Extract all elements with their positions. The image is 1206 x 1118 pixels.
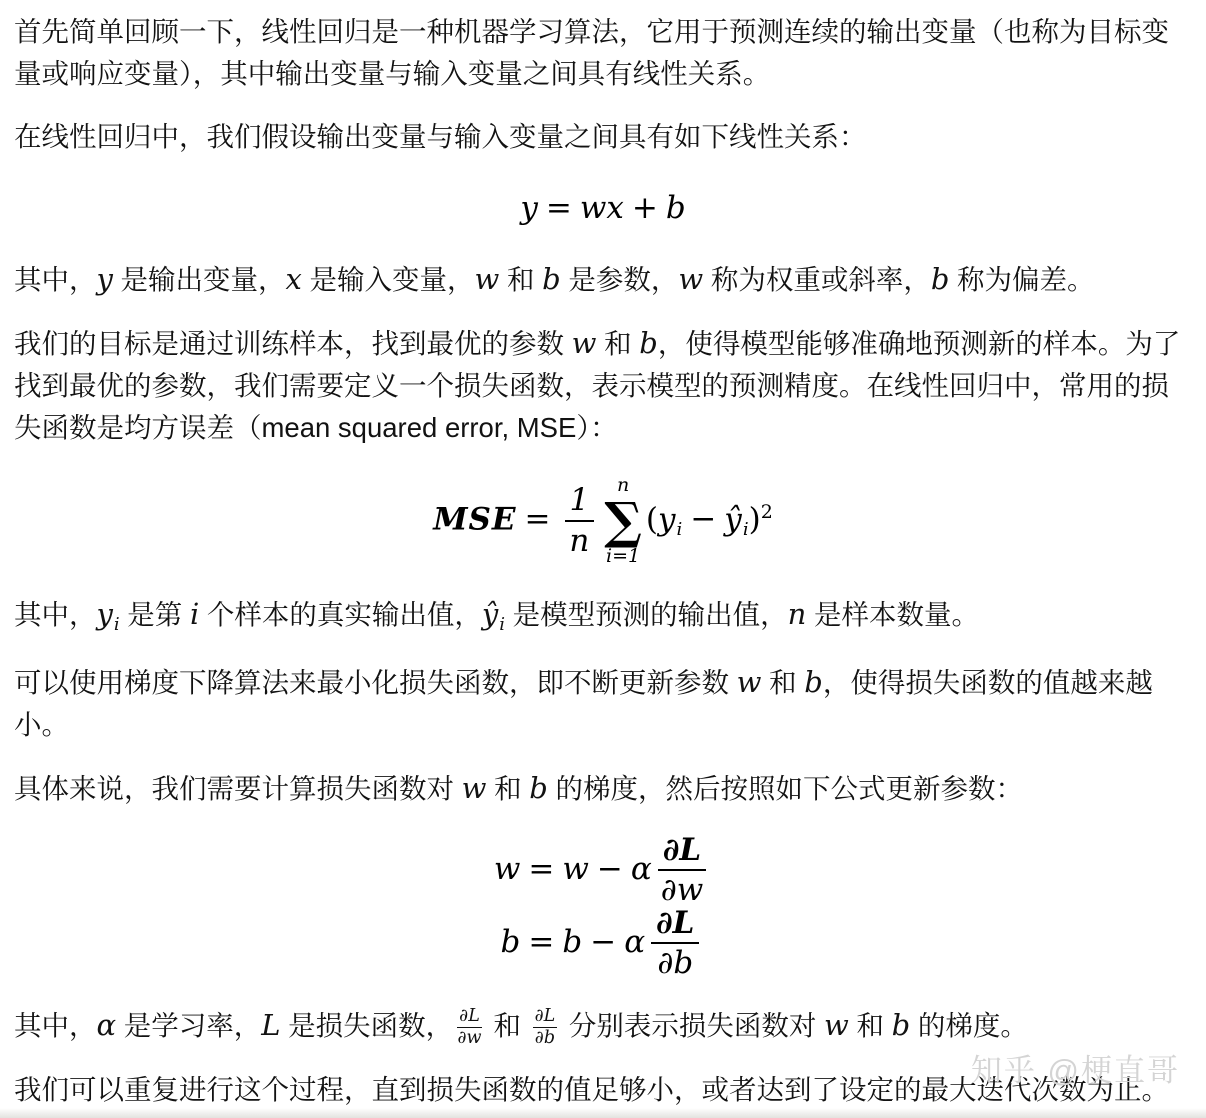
paragraph-update-rule-intro: 具体来说，我们需要计算损失函数对 w 和 b 的梯度，然后按照如下公式更新参数：	[14, 767, 1192, 810]
paragraph-variable-definitions: 其中，y 是输出变量，x 是输入变量，w 和 b 是参数，w 称为权重或斜率，b…	[14, 258, 1192, 301]
fraction-numerator: ∂L	[658, 834, 706, 872]
math-var-b: b	[639, 326, 658, 360]
open-paren: (	[646, 501, 658, 537]
text-segment: 是输出变量，	[113, 264, 286, 295]
math-var-w: w	[678, 262, 703, 296]
math-var-y: y	[520, 190, 538, 226]
text-segment: 和	[849, 1010, 892, 1041]
article-body: 首先简单回顾一下，线性回归是一种机器学习算法，它用于预测连续的输出变量（也称为目…	[0, 0, 1206, 1111]
text-segment: 和	[596, 328, 639, 359]
math-var-w: w	[462, 771, 487, 805]
sum-lower-limit: i=1	[606, 546, 640, 567]
fraction-numerator: ∂L	[533, 1007, 558, 1028]
text-segment: 是输入变量，	[302, 264, 475, 295]
text-segment: 可以使用梯度下降算法来最小化损失函数，即不断更新参数	[14, 667, 737, 698]
text-segment: 称为偏差。	[949, 264, 1094, 295]
formula-linear-model: y=wx+b	[14, 184, 1192, 232]
minus-sign: −	[589, 851, 631, 887]
subscript-i: i	[743, 519, 749, 540]
math-var-b: b	[892, 1008, 911, 1042]
formula-update-b: b=b−α∂L∂b	[14, 907, 1192, 980]
paragraph-learning-rate-terms: 其中，α 是学习率，L 是损失函数，∂L∂w 和 ∂L∂b 分别表示损失函数对 …	[14, 1004, 1192, 1048]
paragraph-text: 首先简单回顾一下，线性回归是一种机器学习算法，它用于预测连续的输出变量（也称为目…	[14, 16, 1169, 89]
zhihu-watermark: 知乎 @梗直哥	[971, 1045, 1180, 1090]
text-segment: 是第	[120, 599, 190, 630]
math-var-w: w	[494, 851, 521, 887]
math-var-b: b	[666, 190, 686, 226]
minus-sign: −	[682, 501, 724, 537]
math-var-b: b	[542, 262, 561, 296]
fraction-dL-dw: ∂L∂w	[658, 834, 706, 907]
math-var-L: L	[261, 1008, 280, 1042]
equals-sign: =	[520, 924, 562, 960]
formula-mse: MSE=1nn∑i=1(yi−ŷi)2	[14, 475, 1192, 567]
text-segment: 是学习率，	[116, 1010, 261, 1041]
fraction-denominator: ∂w	[661, 871, 704, 907]
text-segment: 是样本数量。	[806, 599, 979, 630]
paragraph-goal-and-loss: 我们的目标是通过训练样本，找到最优的参数 w 和 b，使得模型能够准确地预测新的…	[14, 322, 1192, 449]
formula-update-rules: w=w−α∂L∂w b=b−α∂L∂b	[14, 834, 1192, 980]
equals-sign: =	[520, 851, 562, 887]
minus-sign: −	[582, 924, 624, 960]
close-paren: )	[749, 501, 761, 537]
text-segment: 分别表示损失函数对	[561, 1010, 824, 1041]
math-var-yi: y	[658, 501, 676, 537]
text-segment: 我们的目标是通过训练样本，找到最优的参数	[14, 328, 572, 359]
math-var-n: n	[788, 597, 807, 631]
subscript-i: i	[114, 614, 120, 635]
math-var-w: w	[562, 851, 589, 887]
text-segment: 称为权重或斜率，	[703, 264, 931, 295]
math-var-alpha: α	[624, 924, 645, 960]
paragraph-linear-relation-intro: 在线性回归中，我们假设输出变量与输入变量之间具有如下线性关系：	[14, 116, 1192, 158]
math-var-b: b	[501, 924, 521, 960]
math-var-alpha: α	[631, 851, 652, 887]
text-segment: 其中，	[14, 264, 97, 295]
text-segment: 其中，	[14, 599, 97, 630]
paragraph-text: 在线性回归中，我们假设输出变量与输入变量之间具有如下线性关系：	[14, 121, 867, 152]
text-segment: 的梯度。	[910, 1010, 1028, 1041]
math-var-b: b	[804, 665, 823, 699]
text-segment: 和	[486, 773, 529, 804]
fraction-denominator: ∂b	[535, 1028, 555, 1048]
math-var-i: i	[190, 597, 199, 631]
fraction-numerator: ∂L	[457, 1007, 482, 1028]
text-segment: 具体来说，我们需要计算损失函数对	[14, 773, 462, 804]
equals-sign: =	[517, 501, 559, 537]
text-segment: 的梯度，然后按照如下公式更新参数：	[548, 773, 1023, 804]
text-segment: 个样本的真实输出值，	[199, 599, 482, 630]
text-segment: 是模型预测的输出值，	[505, 599, 788, 630]
paragraph-intro: 首先简单回顾一下，线性回归是一种机器学习算法，它用于预测连续的输出变量（也称为目…	[14, 11, 1192, 95]
math-var-b: b	[562, 924, 582, 960]
math-var-w: w	[737, 665, 762, 699]
math-mse-label: MSE	[433, 501, 516, 537]
sigma-symbol: ∑	[604, 496, 642, 546]
fraction-numerator: 1	[565, 484, 595, 522]
text-segment: 和	[761, 667, 804, 698]
math-var-w: w	[475, 262, 500, 296]
subscript-i: i	[677, 519, 683, 540]
fraction-dL-db: ∂L∂b	[651, 907, 699, 980]
math-var-yhat: ŷ	[724, 501, 742, 537]
math-var-b: b	[529, 771, 548, 805]
text-segment: 和	[499, 264, 542, 295]
inline-fraction-dL-dw: ∂L∂w	[457, 1007, 482, 1049]
fraction-numerator: ∂L	[651, 907, 699, 945]
math-var-x: x	[286, 262, 302, 296]
math-var-w: w	[572, 326, 597, 360]
paragraph-mse-terms: 其中，yi 是第 i 个样本的真实输出值，ŷi 是模型预测的输出值，n 是样本数…	[14, 593, 1192, 640]
summation-operator: n∑i=1	[604, 475, 642, 567]
text-segment: 是参数，	[561, 264, 679, 295]
fraction-denominator: n	[569, 522, 589, 558]
bottom-edge-shade	[0, 1108, 1206, 1118]
formula-update-w: w=w−α∂L∂w	[14, 834, 1192, 907]
subscript-i: i	[499, 614, 505, 635]
text-segment: 其中，	[14, 1010, 97, 1041]
inline-fraction-dL-db: ∂L∂b	[533, 1007, 558, 1049]
math-var-y: y	[97, 262, 113, 296]
math-var-yhat: ŷ	[482, 597, 498, 631]
math-var-yi: y	[97, 597, 113, 631]
exponent-2: 2	[761, 501, 773, 523]
math-var-wx: wx	[580, 190, 624, 226]
plus-sign: +	[624, 190, 666, 226]
math-var-w: w	[824, 1008, 849, 1042]
fraction-denominator: ∂b	[657, 944, 693, 980]
math-var-b: b	[931, 262, 950, 296]
fraction-denominator: ∂w	[457, 1028, 481, 1048]
text-segment: 是损失函数，	[281, 1010, 454, 1041]
text-segment: 和	[486, 1010, 529, 1041]
equals-sign: =	[538, 190, 580, 226]
paragraph-gradient-descent: 可以使用梯度下降算法来最小化损失函数，即不断更新参数 w 和 b，使得损失函数的…	[14, 661, 1192, 746]
math-var-alpha: α	[97, 1008, 117, 1042]
fraction-one-over-n: 1n	[565, 484, 595, 557]
